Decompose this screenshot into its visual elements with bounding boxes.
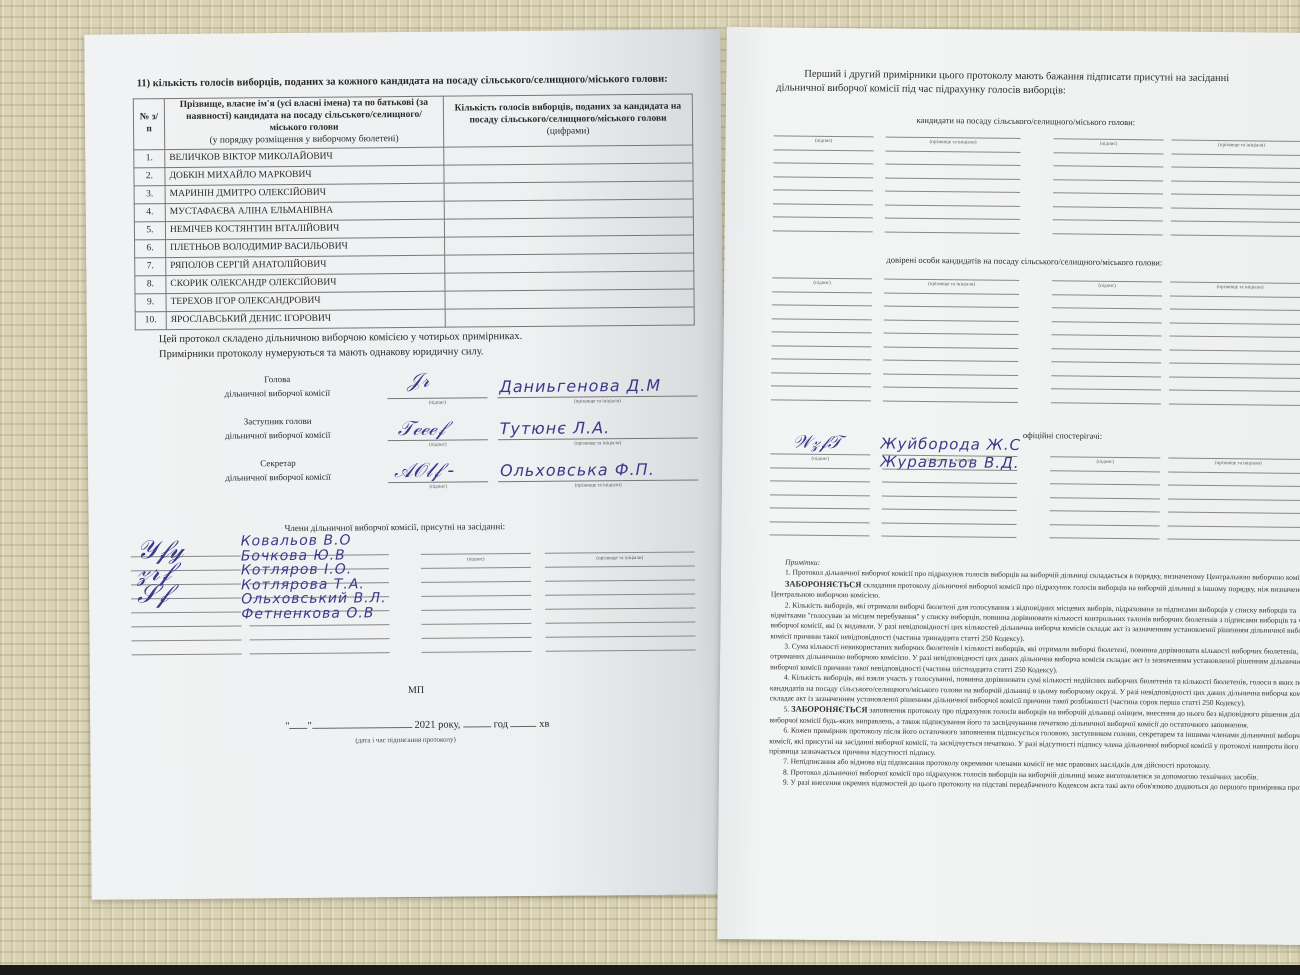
votes-cell[interactable] — [445, 252, 694, 272]
name-line — [1171, 180, 1300, 182]
notes-section: Примітки: 1. Протокол дільничної виборчо… — [769, 557, 1300, 793]
name-line — [884, 333, 1019, 335]
sign-line — [1050, 497, 1160, 499]
row-number: 7. — [135, 257, 166, 275]
votes-cell[interactable] — [445, 288, 694, 308]
sign-line — [770, 507, 870, 509]
name-line — [881, 536, 1016, 538]
sign-line — [772, 318, 872, 320]
sign-line — [1054, 138, 1164, 140]
quote-close: " — [308, 721, 312, 732]
handwritten-signature: 𝒜𝒪𝓁𝒻 - — [394, 458, 454, 483]
member-sign-line — [421, 609, 531, 611]
name-line — [882, 482, 1017, 484]
name-line — [885, 191, 1020, 193]
sign-line — [1052, 294, 1162, 296]
sign-line — [773, 189, 873, 191]
row-number: 2. — [134, 167, 165, 185]
sign-line — [1052, 321, 1162, 323]
member-sign-line — [421, 553, 531, 555]
member-sign-line — [421, 623, 531, 625]
member-sign-line — [421, 581, 531, 583]
name-line — [1171, 167, 1300, 169]
sign-line — [769, 534, 869, 536]
handwritten-name: Даниьгенова Д.М — [499, 376, 661, 396]
member-name-line — [545, 551, 695, 553]
name-line — [882, 509, 1017, 511]
name-line — [1169, 349, 1300, 351]
member-name-line — [545, 593, 695, 595]
proxies-signature-grid — [727, 27, 1300, 33]
name-line — [885, 177, 1020, 179]
sign-line — [770, 467, 870, 469]
member-handwritten-name: Фетненкова О.В — [241, 605, 374, 622]
date-caption: (дата і час підписання протоколу) — [355, 736, 455, 745]
row-number: 1. — [134, 149, 165, 167]
name-line — [884, 306, 1019, 308]
name-line — [885, 164, 1020, 166]
role-commission: дільничної виборчої комісії — [225, 471, 331, 482]
statement-copies: Цей протокол складено дільничною виборчо… — [159, 331, 522, 345]
name-line — [1171, 194, 1300, 196]
sign-line — [771, 358, 871, 360]
handwritten-signature: 𝒯ℯℯℯ𝒻 — [398, 416, 446, 440]
sign-line — [1052, 334, 1162, 336]
votes-cell[interactable] — [444, 144, 693, 164]
name-line — [1170, 336, 1300, 338]
candidate-name: ЯРОСЛАВСЬКИЙ ДЕНИС ІГОРОВИЧ — [166, 309, 445, 329]
member-sign-line — [422, 637, 532, 639]
name-caption: (прізвище та ініціали) — [497, 398, 697, 405]
row-number: 3. — [134, 185, 165, 203]
member-name-line — [546, 635, 696, 637]
votes-cell[interactable] — [444, 216, 693, 236]
section-title: 11) кількість голосів виборців, поданих … — [137, 74, 668, 90]
sign-line — [773, 176, 873, 178]
sign-caption: (підпис) — [388, 442, 488, 448]
candidates-signature-grid — [727, 27, 1300, 33]
member-sign-line — [422, 651, 532, 653]
signature-secretary: Секретардільничної виборчої комісії (під… — [188, 453, 708, 498]
name-line — [883, 373, 1018, 375]
name-caption: (прізвище та ініціали) — [498, 440, 698, 447]
sign-line — [1053, 206, 1163, 208]
sign-caption: (підпис) — [770, 456, 870, 462]
name-caption: (прізвище та ініціали) — [886, 140, 1021, 146]
observer-name-1: Жуйборода Ж.С — [880, 435, 1021, 454]
sign-line — [771, 399, 871, 401]
name-line — [885, 231, 1020, 233]
name-line — [1168, 498, 1300, 500]
name-line — [1171, 153, 1300, 155]
observers-signature-grid — [727, 27, 1300, 33]
name-line — [1170, 322, 1300, 324]
name-line — [1170, 295, 1300, 297]
sign-line — [1053, 179, 1163, 181]
votes-cell[interactable] — [444, 198, 693, 218]
sign-line — [1053, 233, 1163, 235]
row-number: 8. — [135, 275, 166, 293]
stamp-label: МП — [408, 685, 424, 696]
header-name: Прізвище, власне ім'я (усі власні імена)… — [164, 96, 443, 149]
date-time-line: "" 2021 року, год хв — [285, 719, 549, 732]
sign-line — [387, 397, 487, 399]
name-line — [1169, 390, 1300, 392]
sign-line — [772, 277, 872, 279]
name-line — [1168, 471, 1300, 473]
role-title: Заступник голови — [244, 416, 312, 427]
name-line — [885, 204, 1020, 206]
name-line — [1169, 376, 1300, 378]
members-signature-area — [84, 29, 720, 35]
sign-line — [771, 345, 871, 347]
member-name-line — [545, 621, 695, 623]
name-line — [883, 360, 1018, 362]
sign-line — [774, 135, 874, 137]
desk-edge — [0, 965, 1300, 975]
name-caption: (прізвище та ініціали) — [1168, 461, 1300, 467]
name-line — [883, 400, 1018, 402]
minute-label: хв — [539, 719, 549, 730]
sign-line — [772, 304, 872, 306]
sign-line — [1050, 456, 1160, 458]
sign-caption: (підпис) — [1050, 459, 1160, 465]
protocol-page-left: 11) кількість голосів виборців, поданих … — [84, 29, 728, 900]
sign-line — [1053, 165, 1163, 167]
sign-line — [771, 372, 871, 374]
member-sign-line — [131, 611, 241, 613]
name-line — [882, 495, 1017, 497]
member-name-line — [249, 624, 389, 626]
observer-signature: 𝒲𝓏𝒻𝒯 — [792, 432, 841, 454]
member-name-line — [250, 638, 390, 640]
sign-line — [773, 162, 873, 164]
sign-line — [1051, 388, 1161, 390]
name-line — [886, 150, 1021, 152]
sign-line — [1053, 192, 1163, 194]
member-sign-line — [132, 653, 242, 655]
sign-line — [1053, 219, 1163, 221]
name-line — [882, 522, 1017, 524]
member-name-line — [545, 579, 695, 581]
sign-caption: (підпис) — [387, 400, 487, 406]
header-votes: Кількість голосів виборців, поданих за к… — [443, 94, 692, 147]
name-line — [1167, 539, 1300, 541]
name-line — [1170, 309, 1300, 311]
signature-deputy: Заступник головидільничної виборчої комі… — [188, 411, 708, 456]
name-caption: (прізвище та ініціали) — [545, 555, 695, 561]
name-line — [884, 319, 1019, 321]
name-line — [1169, 403, 1300, 405]
sign-line — [771, 385, 871, 387]
sign-line — [1051, 402, 1161, 404]
sign-line — [773, 203, 873, 205]
sign-line — [1050, 524, 1160, 526]
sign-line — [1050, 470, 1160, 472]
table-row: 10.ЯРОСЛАВСЬКИЙ ДЕНИС ІГОРОВИЧ — [135, 306, 694, 329]
member-sign-line — [421, 595, 531, 597]
name-line — [883, 387, 1018, 389]
sign-line — [770, 494, 870, 496]
role-commission: дільничної виборчої комісії — [225, 387, 331, 398]
signature-chair: Головадільничної виборчої комісії (підпи… — [187, 369, 707, 414]
candidates-table: № з/п Прізвище, власне ім'я (усі власні … — [133, 93, 695, 329]
protocol-page-right: Перший і другий примірники цього протоко… — [717, 27, 1300, 945]
role-commission: дільничної виборчої комісії — [225, 429, 331, 440]
handwritten-name: Тутюнє Л.А. — [500, 418, 611, 438]
row-number: 4. — [134, 203, 165, 221]
sign-line — [1050, 483, 1160, 485]
name-line — [886, 137, 1021, 139]
statement-legal-force: Примірники протоколу нумеруються та мают… — [159, 346, 484, 360]
name-line — [1172, 140, 1300, 142]
member-name-line — [546, 649, 696, 651]
votes-cell[interactable] — [445, 270, 694, 290]
sign-line — [1053, 152, 1163, 154]
name-caption: (прізвище та ініціали) — [884, 282, 1019, 288]
sign-line — [1051, 361, 1161, 363]
name-line — [1170, 282, 1300, 284]
sign-line — [770, 480, 870, 482]
sign-line — [1051, 348, 1161, 350]
sign-line — [1049, 537, 1159, 539]
sign-line — [1050, 510, 1160, 512]
row-number: 9. — [135, 293, 166, 311]
sign-caption: (підпис) — [774, 138, 874, 144]
sign-line — [772, 331, 872, 333]
member-name-line — [545, 607, 695, 609]
handwritten-name: Ольховська Ф.П. — [500, 460, 655, 480]
role-title: Голова — [264, 374, 290, 384]
name-line — [884, 279, 1019, 281]
role-title: Секретар — [260, 458, 296, 468]
note-item: 2. Кількість виборців, які отримали вибо… — [770, 600, 1300, 647]
sign-caption: (підпис) — [1052, 283, 1162, 289]
sign-line — [774, 149, 874, 151]
quote-open: " — [285, 721, 289, 732]
sign-line — [770, 521, 870, 523]
name-line — [1171, 234, 1300, 236]
name-caption: (прізвище та ініціали) — [498, 482, 698, 489]
name-line — [1168, 512, 1300, 514]
sign-caption: (підпис) — [421, 557, 531, 563]
name-line — [885, 218, 1020, 220]
name-caption: (прізвище та ініціали) — [1170, 285, 1300, 291]
sign-line — [1052, 307, 1162, 309]
sign-caption: (підпис) — [1054, 141, 1164, 147]
intro-text: Перший і другий примірники цього протоко… — [776, 67, 1300, 100]
name-line — [884, 292, 1019, 294]
member-sign-line — [131, 625, 241, 627]
sign-line — [770, 453, 870, 455]
handwritten-signature: 𝒥𝓇 — [407, 368, 429, 392]
sign-line — [1051, 375, 1161, 377]
name-line — [1169, 363, 1300, 365]
votes-cell[interactable] — [445, 306, 694, 326]
row-number: 5. — [134, 221, 165, 239]
name-caption: (прізвище та ініціали) — [1172, 143, 1300, 149]
name-line — [883, 346, 1018, 348]
name-line — [1171, 207, 1300, 209]
name-line — [1168, 458, 1300, 460]
sign-line — [773, 216, 873, 218]
hour-label: год — [494, 719, 508, 730]
row-number: 10. — [135, 311, 166, 329]
name-line — [1168, 525, 1300, 527]
member-name-line — [545, 565, 695, 567]
sign-caption: (підпис) — [388, 484, 488, 490]
votes-cell[interactable] — [445, 234, 694, 254]
votes-cell[interactable] — [444, 162, 693, 182]
proxies-heading: довірені особи кандидатів на посаду сіль… — [774, 253, 1274, 268]
year-text: 2021 року, — [414, 720, 460, 731]
member-sign-line — [421, 567, 531, 569]
members-title: Члени дільничної виборчої комісії, прису… — [285, 521, 506, 533]
name-line — [1171, 221, 1300, 223]
row-number: 6. — [135, 239, 166, 257]
member-signatures: 𝒴𝒻𝓎𝓏𝓇𝒻𝒮𝒻 — [137, 539, 185, 605]
votes-cell[interactable] — [444, 180, 693, 200]
name-line — [1168, 485, 1300, 487]
member-name-line — [250, 652, 390, 654]
sign-line — [1052, 280, 1162, 282]
sign-line — [773, 230, 873, 232]
candidates-heading: кандидати на посаду сільського/селищного… — [776, 113, 1276, 128]
sign-line — [772, 291, 872, 293]
sign-caption: (підпис) — [772, 280, 872, 286]
member-sign-line — [132, 639, 242, 641]
header-num: № з/п — [133, 99, 164, 150]
